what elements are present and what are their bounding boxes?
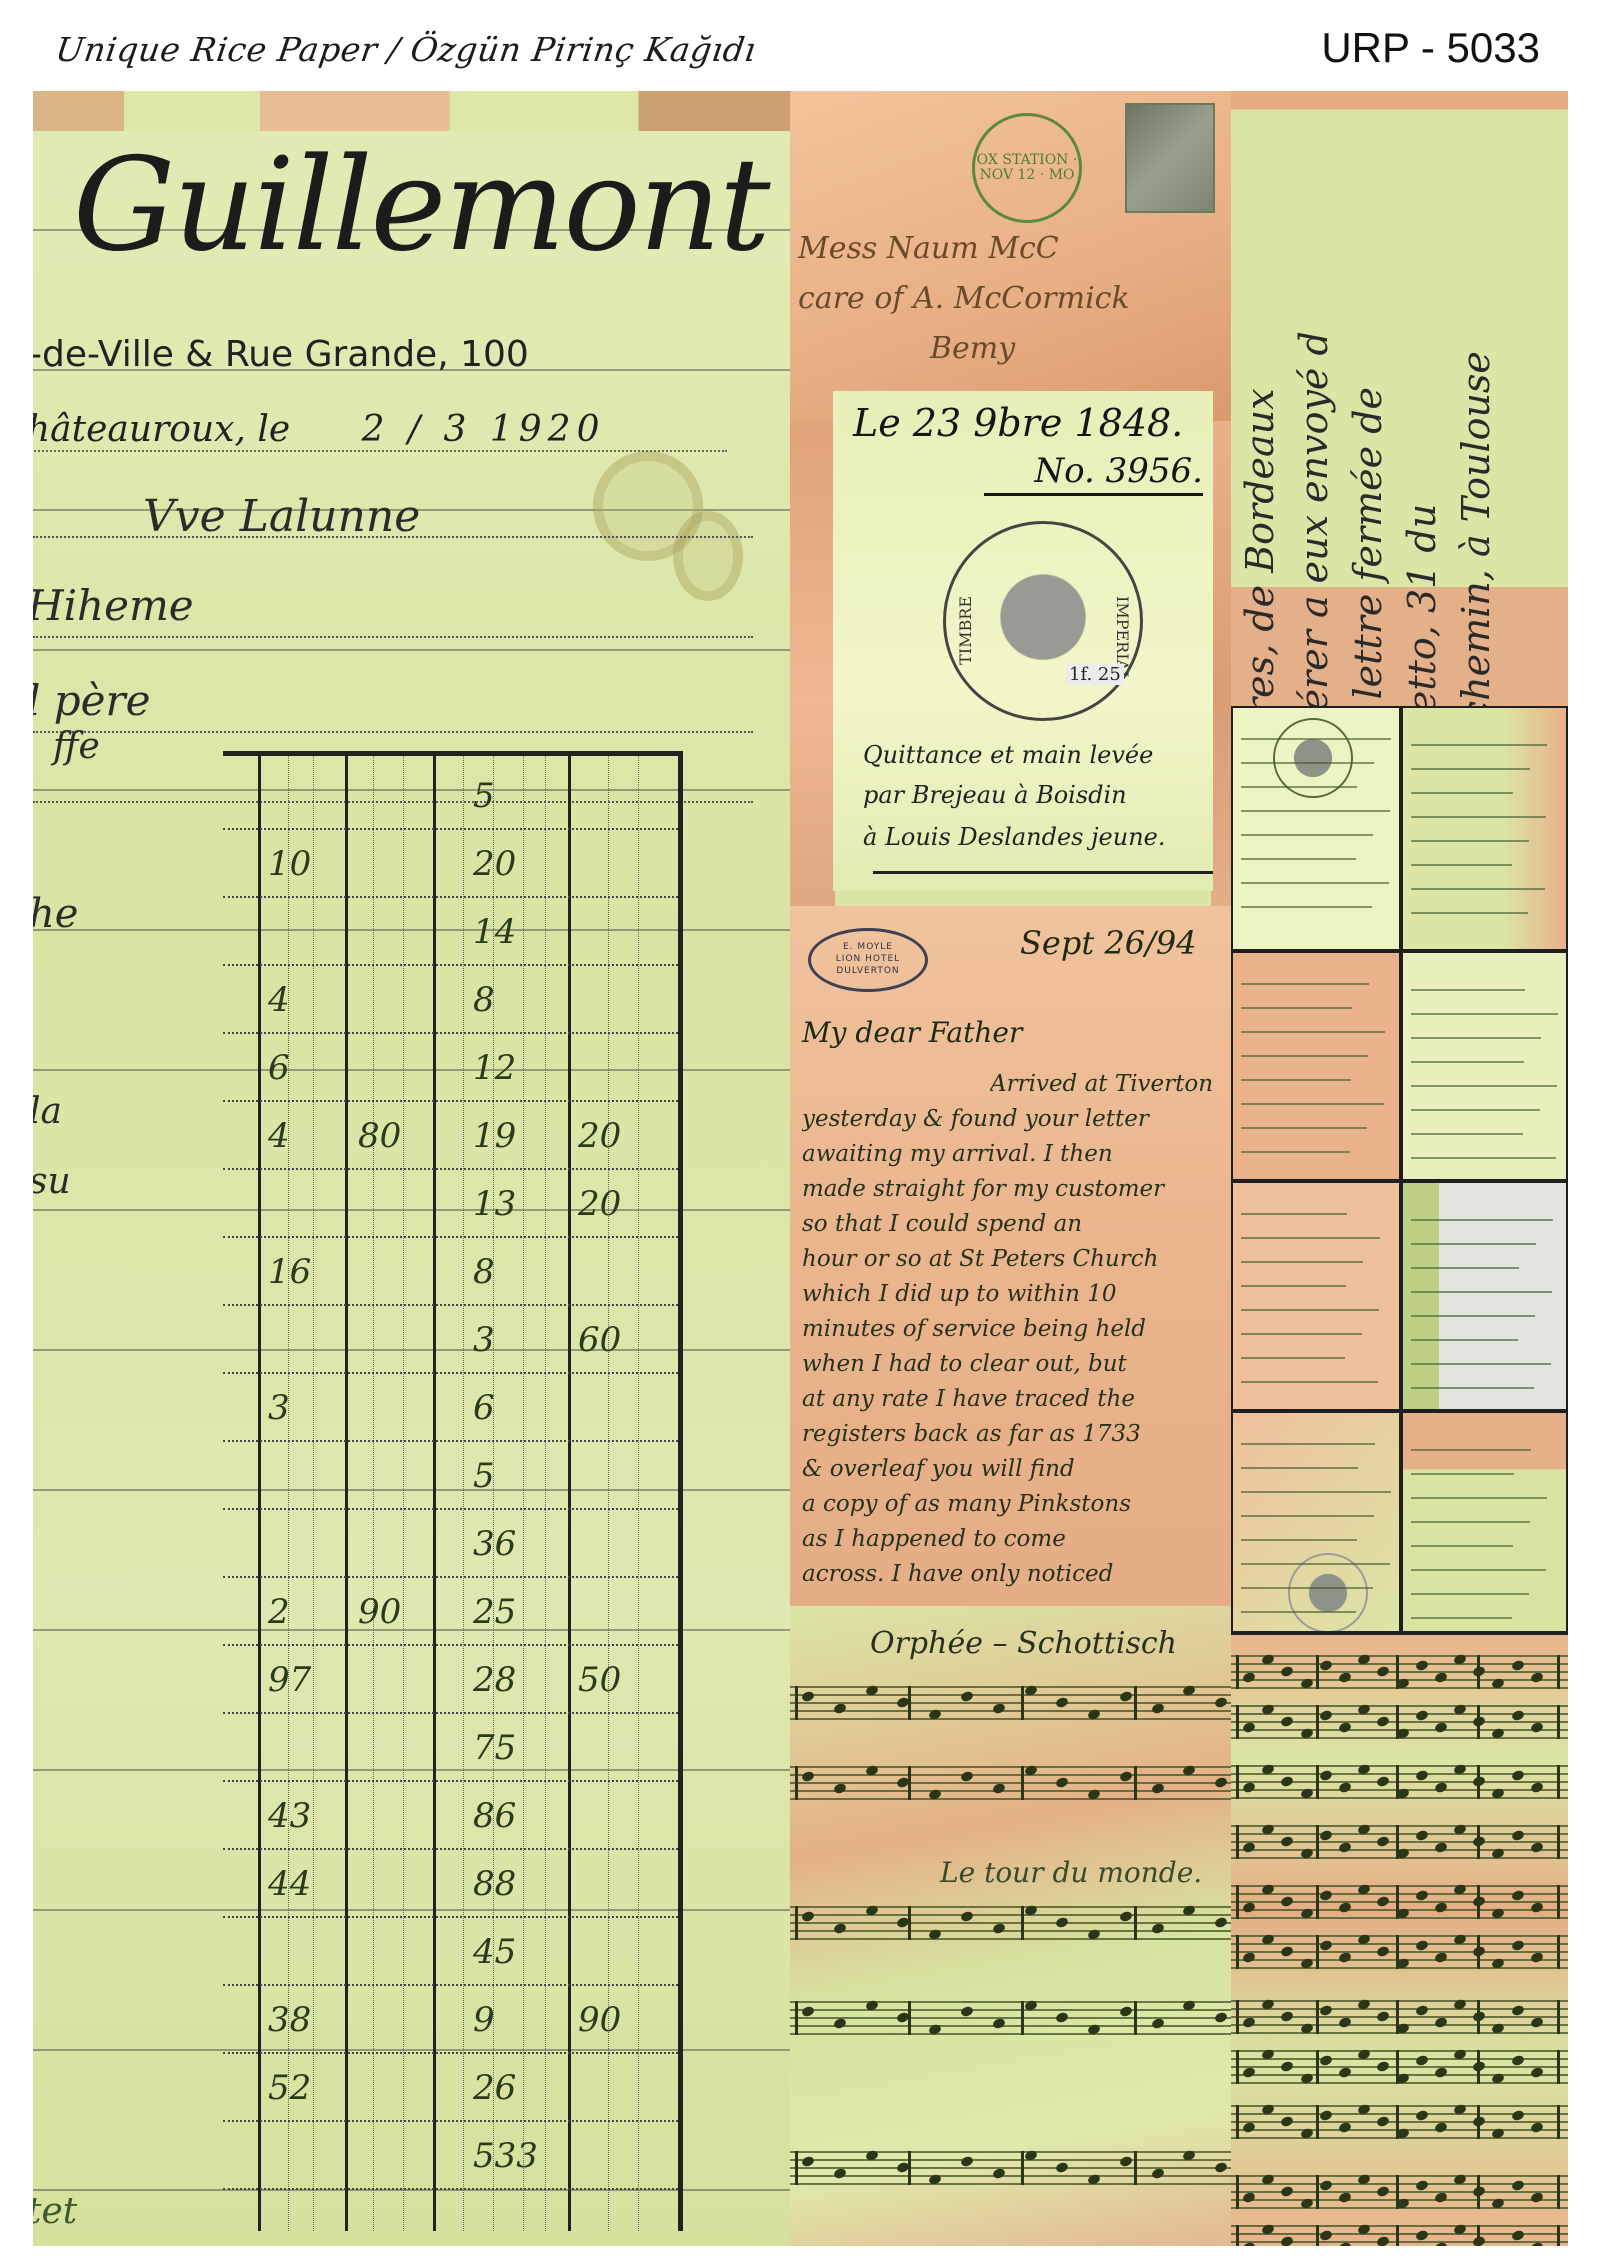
bar-line (1316, 2000, 1319, 2034)
handwritten-letter: E. MOYLE LION HOTEL DULVERTON Sept 26/94… (790, 906, 1233, 1606)
bar-line (1021, 1906, 1024, 1940)
bar-line (1021, 1686, 1024, 1720)
bar-line (1557, 1885, 1560, 1919)
handwriting-stroke (1241, 1563, 1390, 1565)
handwriting-stroke (1241, 983, 1369, 985)
ledger-row-rule (223, 828, 678, 830)
handwriting: ffe (53, 726, 100, 767)
bar-line (1236, 1705, 1239, 1739)
bar-line (795, 1766, 798, 1800)
ledger-cell: 36 (473, 1524, 516, 1564)
handwriting-stroke (1241, 738, 1391, 740)
handwriting-stroke (1411, 1339, 1518, 1341)
rice-paper-sheet: Guillemont -de-Ville & Rue Grande, 100 h… (33, 91, 1568, 2246)
bar-line (1316, 2225, 1319, 2246)
handwriting-stroke (1411, 989, 1525, 991)
bar-line (1021, 2001, 1024, 2035)
bar-line (1134, 1686, 1137, 1720)
bar-line (1557, 2000, 1560, 2034)
ledger-row-rule (223, 964, 678, 966)
handwriting-stroke (1241, 1007, 1352, 1009)
address-line: care of A. McCormick (798, 281, 1130, 316)
score-subtitle: Le tour du monde. (940, 1856, 1202, 1889)
handwriting-stroke (1241, 1539, 1357, 1541)
ledger-cell: 20 (473, 844, 516, 884)
handwriting: Vve Lalunne (143, 491, 420, 542)
handwriting-stroke (1241, 834, 1373, 836)
brand-title: Unique Rice Paper / Özgün Pirinç Kağıdı (53, 30, 758, 69)
ledger-row-rule (223, 1780, 678, 1782)
ledger-cell: 45 (473, 1932, 516, 1972)
score-title: Orphée – Schottisch (870, 1626, 1177, 1661)
bar-line (1134, 2001, 1137, 2035)
handwriting-stroke (1241, 1491, 1391, 1493)
bar-line (1236, 1935, 1239, 1969)
ledger-cell: 6 (268, 1048, 290, 1088)
handwriting-stroke (1411, 912, 1528, 914)
handwriting: la (33, 1091, 62, 1132)
deed-line: Frères, de Bordeaux (1233, 163, 1287, 711)
bar-line (1557, 2225, 1560, 2246)
handwriting-stroke (1241, 1127, 1367, 1129)
handwriting-stroke (1411, 1037, 1541, 1039)
dotted-rule (33, 731, 753, 733)
bar-line (1557, 2050, 1560, 2084)
stamp-line: E. MOYLE (843, 942, 893, 954)
handwriting-stroke (1411, 864, 1512, 866)
handwriting-stroke (1241, 1237, 1380, 1239)
bar-line (1316, 1825, 1319, 1859)
bar-line (795, 1686, 798, 1720)
handwriting-stroke (1411, 792, 1513, 794)
handwriting-stroke (1241, 1213, 1347, 1215)
invoice-document: Guillemont -de-Ville & Rue Grande, 100 h… (33, 91, 790, 2246)
ledger-cell: 52 (268, 2068, 311, 2108)
handwriting-stroke (1411, 888, 1545, 890)
receipt-line: Quittance et main levée (863, 741, 1153, 769)
mini-document (1401, 951, 1568, 1181)
ledger-row-rule (223, 1916, 678, 1918)
handwriting-stroke (1241, 1309, 1379, 1311)
ledger-cell: 28 (473, 1660, 516, 1700)
handwriting-stroke (1411, 1545, 1513, 1547)
handwriting-stroke (1411, 1497, 1547, 1499)
coffee-ring-stain (673, 511, 743, 601)
ledger-row-rule (223, 1304, 678, 1306)
bar-line (1236, 1885, 1239, 1919)
ledger-cell: 60 (578, 1320, 621, 1360)
seal-icon (1288, 1553, 1368, 1633)
letter-line: at any rate I have traced the (802, 1386, 1221, 1412)
ledger-cell: 3 (268, 1388, 290, 1428)
letter-salutation: My dear Father (802, 1016, 1022, 1049)
bar-line (1236, 1655, 1239, 1689)
firm-address: -de-Ville & Rue Grande, 100 (33, 334, 529, 375)
letter-line: Arrived at Tiverton (990, 1071, 1221, 1097)
bar-line (1021, 1766, 1024, 1800)
handwriting-stroke (1411, 1449, 1531, 1451)
sheet-music-a: Orphée – Schottisch Le tour du monde. (790, 1606, 1265, 2246)
handwriting-stroke (1411, 1243, 1536, 1245)
ledger-cell: 14 (473, 912, 516, 952)
deed-line: une lettre fermée de (1341, 163, 1395, 711)
coffee-stain (33, 91, 790, 131)
bar-line (1557, 2175, 1560, 2209)
postage-stamp (1125, 103, 1215, 213)
ledger-row-rule (223, 896, 678, 898)
bar-line (1236, 1825, 1239, 1859)
handwriting-stroke (1411, 1593, 1529, 1595)
handwriting-stroke (1411, 1109, 1540, 1111)
ledger-cell: 43 (268, 1796, 311, 1836)
letter-line: when I had to clear out, but (802, 1351, 1221, 1377)
handwriting-stroke (1241, 1055, 1368, 1057)
handwriting-stroke (1411, 1061, 1524, 1063)
stamp-line: DULVERTON (836, 966, 899, 978)
handwriting-stroke (1241, 858, 1356, 860)
ledger-cell: 80 (358, 1116, 401, 1156)
handwriting-stroke (1241, 1103, 1384, 1105)
handwriting-stroke (1411, 1133, 1523, 1135)
handwriting-stroke (1411, 1363, 1551, 1365)
handwriting: Hiheme (33, 581, 194, 630)
bar-line (1396, 2225, 1399, 2246)
receipt-date: Le 23 9bre 1848. (853, 401, 1183, 445)
bar-line (795, 2151, 798, 2185)
letter-line: registers back as far as 1733 (802, 1421, 1221, 1447)
handwriting-stroke (1241, 1031, 1385, 1033)
handwriting-stroke (1241, 810, 1390, 812)
letter-line: hour or so at St Peters Church (802, 1246, 1221, 1272)
ledger-cell: 8 (473, 1252, 495, 1292)
ledger-cell: 8 (473, 980, 495, 1020)
bar-line (1134, 2151, 1137, 2185)
bar-line (1316, 1765, 1319, 1799)
handwriting-stroke (1241, 906, 1372, 908)
dotted-rule (33, 636, 753, 638)
ledger-row-rule (223, 1508, 678, 1510)
handwriting-stroke (1241, 1261, 1363, 1263)
bar-line (795, 2001, 798, 2035)
mini-document (1231, 1181, 1401, 1411)
seal-value: 1f. 25 (1066, 664, 1124, 685)
handwriting-stroke (1241, 1285, 1346, 1287)
handwriting-stroke (1241, 1357, 1345, 1359)
handwriting-stroke (1411, 1387, 1534, 1389)
handwriting-stroke (1411, 768, 1530, 770)
bar-line (1236, 1765, 1239, 1799)
receipt-line: par Brejeau à Boisdin (863, 781, 1127, 809)
ledger-cell: 50 (578, 1660, 621, 1700)
ledger-cell: 4 (268, 1116, 290, 1156)
handwriting-stroke (1241, 1443, 1375, 1445)
handwriting-stroke (1241, 1079, 1351, 1081)
ledger-cell: 5 (473, 1456, 495, 1496)
mini-document (1401, 706, 1568, 951)
letter-line: made straight for my customer (802, 1176, 1221, 1202)
handwriting-stroke (1411, 1267, 1519, 1269)
product-code: URP - 5033 (1321, 24, 1540, 72)
handwriting-stroke (1241, 762, 1374, 764)
ledger-cell: 3 (473, 1320, 495, 1360)
ledger-cell: 13 (473, 1184, 516, 1224)
letter-line: awaiting my arrival. I then (802, 1141, 1221, 1167)
bar-line (1316, 2050, 1319, 2084)
bar-line (1236, 2225, 1239, 2246)
mini-document (1231, 951, 1401, 1181)
receipt-line: à Louis Deslandes jeune. (863, 823, 1166, 851)
mini-document (1401, 1181, 1568, 1411)
handwriting-stroke (1241, 1515, 1374, 1517)
deed-line: Espérer a eux envoyé d (1287, 163, 1341, 711)
handwriting-stroke (1411, 744, 1547, 746)
bar-line (1316, 1935, 1319, 1969)
handwriting: he (33, 891, 78, 937)
ledger-row-rule (223, 1644, 678, 1646)
ledger-cell: 2 (268, 1592, 290, 1632)
postmark: OX STATION · NOV 12 · MO (972, 113, 1082, 223)
ledger-row-rule (223, 2120, 678, 2122)
letter-line: so that I could spend an (802, 1211, 1221, 1237)
stamp-line: LION HOTEL (836, 954, 900, 966)
mini-document (1231, 1411, 1401, 1641)
bar-line (1236, 2105, 1239, 2139)
ledger-cell: 9 (473, 2000, 495, 2040)
ledger-row-rule (223, 1100, 678, 1102)
ledger-row-rule (223, 1032, 678, 1034)
letter-line: as I happened to come (802, 1526, 1221, 1552)
address-line: Mess Naum McC (798, 231, 1059, 266)
ledger-row-rule (223, 1236, 678, 1238)
document-grid (1231, 706, 1568, 1706)
letter-line: which I did up to within 10 (802, 1281, 1221, 1307)
ledger-cell: 19 (473, 1116, 516, 1156)
handwriting-stroke (1411, 1013, 1558, 1015)
handwriting-stroke (1241, 1333, 1362, 1335)
handwriting-stroke (1411, 1569, 1546, 1571)
bar-line (1557, 1765, 1560, 1799)
bar-line (1236, 2175, 1239, 2209)
handwriting-stroke (1411, 1521, 1530, 1523)
handwriting-stroke (1411, 1315, 1535, 1317)
ledger-cell: 75 (473, 1728, 516, 1768)
ledger-row-rule (223, 1984, 678, 1986)
ledger-row-rule (223, 1712, 678, 1714)
ledger-cell: 90 (358, 1592, 401, 1632)
letter-line: a copy of as many Pinkstons (802, 1491, 1221, 1517)
ledger-cell: 26 (473, 2068, 516, 2108)
handwriting-stroke (1241, 1467, 1358, 1469)
letter-line: & overleaf you will find (802, 1456, 1221, 1482)
ledger-row-rule (223, 1372, 678, 1374)
handwriting-stroke (1241, 882, 1389, 884)
handwriting-stroke (1411, 1473, 1514, 1475)
bar-line (1236, 2050, 1239, 2084)
handwriting-stroke (1411, 1157, 1556, 1159)
handwriting: su (33, 1161, 71, 1202)
ledger-cell: 86 (473, 1796, 516, 1836)
ledger-cell: 16 (268, 1252, 311, 1292)
address-line: Bemy (930, 331, 1015, 366)
handwriting-stroke (1411, 816, 1546, 818)
letter-line: across. I have only noticed (802, 1561, 1221, 1587)
bar-line (1236, 2000, 1239, 2034)
ledger-row-rule (223, 1576, 678, 1578)
ledger-cell: 20 (578, 1184, 621, 1224)
bar-line (1316, 1655, 1319, 1689)
ledger-cell: 44 (268, 1864, 311, 1904)
handwriting-stroke (1241, 786, 1357, 788)
ledger-cell: 10 (268, 844, 311, 884)
handwriting-stroke (1411, 1085, 1557, 1087)
handwriting-stroke (1411, 1617, 1512, 1619)
bar-line (795, 1906, 798, 1940)
ledger-cell: 88 (473, 1864, 516, 1904)
ledger-cell: 12 (473, 1048, 516, 1088)
bar-line (1557, 2105, 1560, 2139)
bar-line (1134, 1906, 1137, 1940)
bar-line (1557, 1935, 1560, 1969)
ledger-cell: 4 (268, 980, 290, 1020)
deed-line: Caretto, 31 du (1395, 163, 1449, 711)
handwriting: l père (33, 676, 150, 725)
paper-strip (790, 421, 835, 981)
handwriting-stroke (1241, 1151, 1350, 1153)
ledger-row-rule (223, 2188, 678, 2190)
receipt-document: Le 23 9bre 1848. No. 3956. TIMBRE IMPERI… (833, 391, 1213, 891)
invoice-date: 2 / 3 1920 (362, 409, 606, 450)
handwriting-stroke (1411, 840, 1529, 842)
deed-line: du chemin, à Toulouse (1449, 163, 1503, 711)
letter-line: minutes of service being held (802, 1316, 1221, 1342)
handwriting-stroke (1411, 1291, 1552, 1293)
tax-seal-icon: TIMBRE IMPERIAL 1f. 25 (943, 521, 1143, 721)
letter-date: Sept 26/94 (1020, 924, 1197, 962)
bar-line (1134, 1766, 1137, 1800)
bar-line (1557, 1825, 1560, 1859)
ledger-cell: 5 (473, 776, 495, 816)
rule (873, 871, 1213, 874)
ledger-cell: 6 (473, 1388, 495, 1428)
receipt-number: No. 3956. (984, 451, 1203, 496)
hotel-stamp: E. MOYLE LION HOTEL DULVERTON (808, 928, 928, 992)
ledger-row-rule (223, 2052, 678, 2054)
ledger-row-rule (223, 1440, 678, 1442)
bar-line (1557, 1705, 1560, 1739)
ledger-cell: 38 (268, 2000, 311, 2040)
handwriting-stroke (1241, 1381, 1378, 1383)
letter-line: yesterday & found your letter (802, 1106, 1221, 1132)
bar-line (1316, 2175, 1319, 2209)
deed-text: Rouen, le 15 Juillet 1852Frères, de Bord… (1231, 163, 1503, 711)
firm-name: Guillemont (73, 131, 769, 280)
ledger-row-rule (223, 1848, 678, 1850)
ledger-row-rule (223, 1168, 678, 1170)
handwriting: tet (33, 2191, 77, 2232)
ledger-table: 5102014486124801920132016836036536290259… (223, 751, 683, 2231)
handwriting-stroke (1241, 1611, 1356, 1613)
handwriting-stroke (1411, 1219, 1553, 1221)
mini-document (1401, 1411, 1568, 1641)
seal-text: TIMBRE (956, 596, 975, 665)
bar-line (1316, 1705, 1319, 1739)
ledger-cell: 97 (268, 1660, 311, 1700)
mini-document (1231, 706, 1401, 951)
sheet-music-b (1231, 1631, 1568, 2246)
ledger-cell: 533 (473, 2136, 538, 2176)
bar-line (1021, 2151, 1024, 2185)
place-date-line: hâteauroux, le 2 / 3 1920 (33, 409, 727, 452)
bar-line (1557, 1655, 1560, 1689)
handwriting-stroke (1241, 1587, 1373, 1589)
deed-document: Rouen, le 15 Juillet 1852Frères, de Bord… (1231, 91, 1568, 711)
bar-line (1316, 2105, 1319, 2139)
ledger-cell: 20 (578, 1116, 621, 1156)
envelope-fragment: OX STATION · NOV 12 · MO Mess Naum McC c… (790, 91, 1240, 421)
bar-line (1316, 1885, 1319, 1919)
ledger-cell: 90 (578, 2000, 621, 2040)
ledger-cell: 25 (473, 1592, 516, 1632)
place-label: hâteauroux, le (33, 409, 290, 450)
